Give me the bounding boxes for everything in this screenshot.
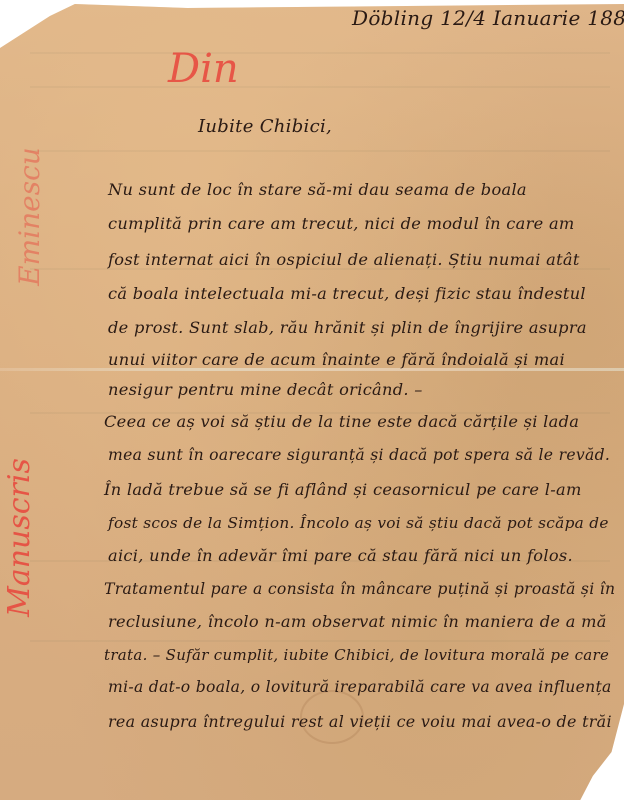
body-line: cumplită prin care am trecut, nici de mo… <box>108 214 575 233</box>
dateline: Döbling 12/4 Ianuarie 1884. <box>352 6 624 30</box>
red-margin-note-lower: Manuscris <box>2 458 37 617</box>
body-line: că boala intelectuala mi-a trecut, deși … <box>108 284 586 303</box>
bleed-through-line <box>30 640 610 642</box>
bleed-through-line <box>30 52 610 54</box>
bleed-through-line <box>30 150 610 152</box>
body-line: trata. – Sufăr cumplit, iubite Chibici, … <box>104 646 609 664</box>
body-line: Ceea ce aș voi să știu de la tine este d… <box>104 412 579 431</box>
red-margin-note-upper: Eminescu <box>13 147 46 286</box>
body-line: rea asupra întregului rest al vieții ce … <box>108 712 612 731</box>
letter-page: Din Eminescu Manuscris Döbling 12/4 Ianu… <box>0 0 624 800</box>
body-line: de prost. Sunt slab, rău hrănit și plin … <box>108 318 587 337</box>
bleed-through-line <box>30 86 610 88</box>
body-line: fost internat aici în ospiciul de aliena… <box>108 250 580 269</box>
body-line: mea sunt în oarecare siguranță și dacă p… <box>108 446 610 464</box>
body-line: Nu sunt de loc în stare să-mi dau seama … <box>108 180 527 199</box>
body-line: reclusiune, încolo n-am observat nimic î… <box>108 612 607 631</box>
body-line: mi-a dat-o boala, o lovitură ireparabilă… <box>108 678 612 696</box>
body-line: unui viitor care de acum înainte e fără … <box>108 350 565 369</box>
body-line: nesigur pentru mine decât oricând. – <box>108 380 423 399</box>
body-line: Tratamentul pare a consista în mâncare p… <box>104 580 615 598</box>
body-line: În ladă trebue să se fi aflând și ceasor… <box>104 480 582 499</box>
body-line: fost scos de la Simțion. Încolo aș voi s… <box>108 514 609 532</box>
salutation: Iubite Chibici, <box>198 116 332 137</box>
body-line: aici, unde în adevăr îmi pare că stau fă… <box>108 546 573 565</box>
red-pencil-mark: Din <box>168 46 239 92</box>
